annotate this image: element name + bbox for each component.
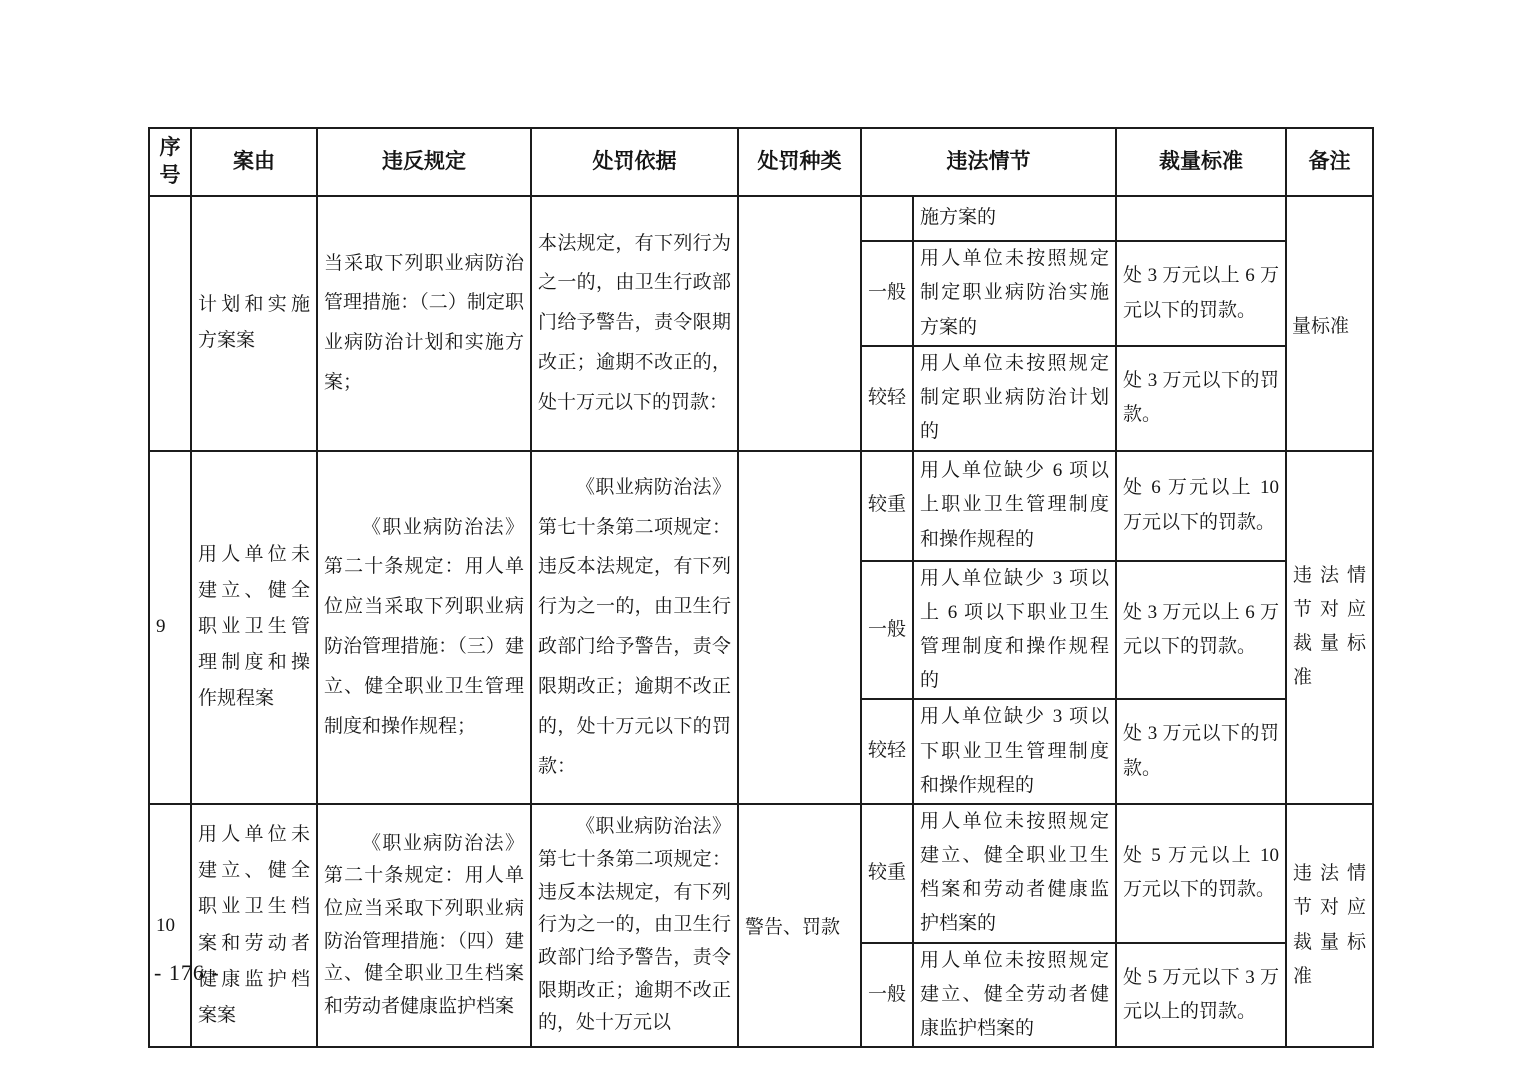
row9-standard-1: 处 6 万元以上 10 万元以下的罚款。 (1116, 451, 1286, 561)
col-header-standard: 裁量标准 (1116, 128, 1286, 196)
row9-basis: 《职业病防治法》第七十条第二项规定：违反本法规定，有下列行为之一的，由卫生行政部… (531, 451, 738, 804)
row8-cause: 计划和实施方案案 (191, 196, 317, 451)
row8-circumstance-1: 施方案的 (913, 196, 1116, 241)
row8-violation: 当采取下列职业病防治管理措施：（二）制定职业病防治计划和实施方案； (317, 196, 531, 451)
table-row: 10 用人单位未建立、健全职业卫生档案和劳动者健康监护档案案 《职业病防治法》第… (149, 804, 1373, 943)
document-page: 序号 案由 违反规定 处罚依据 处罚种类 违法情节 裁量标准 备注 计划和实施方… (0, 0, 1520, 1074)
row8-severity-1 (861, 196, 913, 241)
row9-standard-3: 处 3 万元以下的罚款。 (1116, 699, 1286, 804)
row10-standard-2: 处 5 万元以下 3 万元以上的罚款。 (1116, 943, 1286, 1048)
col-header-violation: 违反规定 (317, 128, 531, 196)
row9-severity-2: 一般 (861, 561, 913, 700)
col-header-remark: 备注 (1286, 128, 1373, 196)
row10-penalty-type: 警告、罚款 (738, 804, 861, 1047)
page-number: - 176 - (154, 960, 220, 986)
row9-no: 9 (149, 451, 191, 804)
row10-cause: 用人单位未建立、健全职业卫生档案和劳动者健康监护档案案 (191, 804, 317, 1047)
row10-severity-1: 较重 (861, 804, 913, 943)
row9-severity-3: 较轻 (861, 699, 913, 804)
row8-no (149, 196, 191, 451)
row8-circumstance-2: 用人单位未按照规定制定职业病防治实施方案的 (913, 241, 1116, 346)
col-header-penalty-type: 处罚种类 (738, 128, 861, 196)
row10-remark: 违法情节对应裁量标准 (1286, 804, 1373, 1047)
row9-standard-2: 处 3 万元以上 6 万元以下的罚款。 (1116, 561, 1286, 700)
row8-standard-1 (1116, 196, 1286, 241)
row9-remark: 违法情节对应裁量标准 (1286, 451, 1373, 804)
row9-circumstance-3: 用人单位缺少 3 项以下职业卫生管理制度和操作规程的 (913, 699, 1116, 804)
row10-circumstance-2: 用人单位未按照规定建立、健全劳动者健康监护档案的 (913, 943, 1116, 1048)
row8-remark: 量标准 (1286, 196, 1373, 451)
row9-penalty-type (738, 451, 861, 804)
row8-standard-3: 处 3 万元以下的罚款。 (1116, 346, 1286, 451)
row9-cause: 用人单位未建立、健全职业卫生管理制度和操作规程案 (191, 451, 317, 804)
row10-violation: 《职业病防治法》第二十条规定：用人单位应当采取下列职业病防治管理措施：（四）建立… (317, 804, 531, 1047)
row8-basis: 本法规定，有下列行为之一的，由卫生行政部门给予警告，责令限期改正；逾期不改正的，… (531, 196, 738, 451)
row8-penalty-type (738, 196, 861, 451)
row8-circumstance-3: 用人单位未按照规定制定职业病防治计划的 (913, 346, 1116, 451)
table-row: 计划和实施方案案 当采取下列职业病防治管理措施：（二）制定职业病防治计划和实施方… (149, 196, 1373, 241)
row8-severity-3: 较轻 (861, 346, 913, 451)
row10-circumstance-1: 用人单位未按照规定建立、健全职业卫生档案和劳动者健康监护档案的 (913, 804, 1116, 943)
table-row: 9 用人单位未建立、健全职业卫生管理制度和操作规程案 《职业病防治法》第二十条规… (149, 451, 1373, 561)
row10-basis: 《职业病防治法》第七十条第二项规定：违反本法规定，有下列行为之一的，由卫生行政部… (531, 804, 738, 1047)
row9-circumstance-2: 用人单位缺少 3 项以上 6 项以下职业卫生管理制度和操作规程的 (913, 561, 1116, 700)
row10-standard-1: 处 5 万元以上 10 万元以下的罚款。 (1116, 804, 1286, 943)
table-header-row: 序号 案由 违反规定 处罚依据 处罚种类 违法情节 裁量标准 备注 (149, 128, 1373, 196)
row9-severity-1: 较重 (861, 451, 913, 561)
col-header-no: 序号 (149, 128, 191, 196)
row10-no: 10 (149, 804, 191, 1047)
row10-severity-2: 一般 (861, 943, 913, 1048)
row8-standard-2: 处 3 万元以上 6 万元以下的罚款。 (1116, 241, 1286, 346)
col-header-cause: 案由 (191, 128, 317, 196)
row9-circumstance-1: 用人单位缺少 6 项以上职业卫生管理制度和操作规程的 (913, 451, 1116, 561)
col-header-basis: 处罚依据 (531, 128, 738, 196)
row9-violation: 《职业病防治法》第二十条规定：用人单位应当采取下列职业病防治管理措施：（三）建立… (317, 451, 531, 804)
penalty-discretion-table: 序号 案由 违反规定 处罚依据 处罚种类 违法情节 裁量标准 备注 计划和实施方… (148, 127, 1374, 1048)
col-header-circumstance: 违法情节 (861, 128, 1116, 196)
row8-severity-2: 一般 (861, 241, 913, 346)
